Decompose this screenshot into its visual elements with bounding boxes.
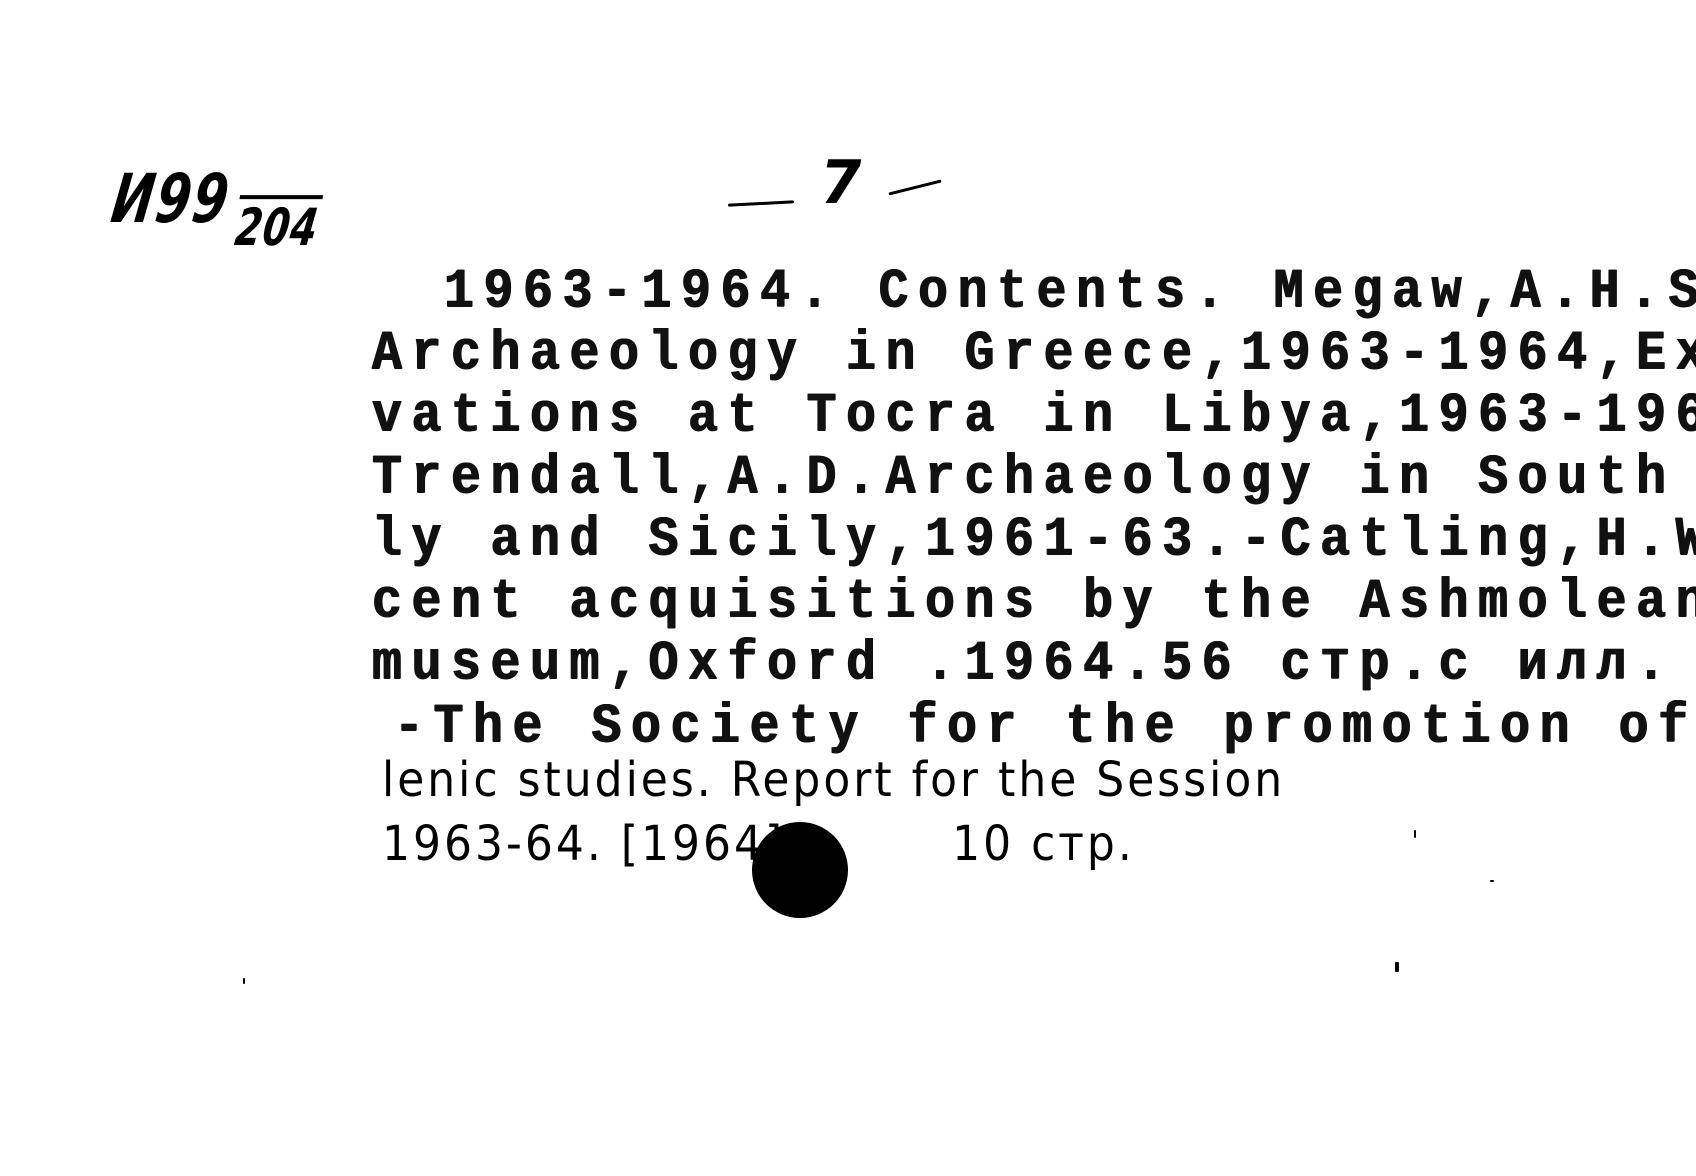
page-number: 7 [700,148,970,218]
scan-speck [243,978,245,984]
catalog-card: И99204 7 1963-1964. Contents. Megaw,A.H.… [0,0,1696,1176]
shelfmark-prefix: И99 [107,160,235,238]
typed-line: -The Society for the promotion of [394,696,1696,760]
handwritten-line: 1963-64. [1964], [382,816,802,872]
scan-speck [1395,962,1399,972]
typed-line: museum,Oxford .1964.56 стр.с илл. [372,630,1552,699]
typed-line: ly and Sicily,1961-63.-Catling,H.W.Re- [372,506,1552,575]
handwritten-line: lenic studies. Report for the Session [382,752,1285,808]
typed-line: 1963-1964. Contents. Megaw,A.H.S. [372,258,1552,327]
typed-entry: 1963-1964. Contents. Megaw,A.H.S. Archae… [372,262,1552,758]
typed-line: cent acquisitions by the Ashmolean [372,568,1552,637]
page-number-value: 7 [815,153,867,213]
page-number-dash-right [888,179,941,195]
typed-line: Archaeology in Greece,1963-1964,Exca- [372,320,1552,389]
page-number-dash-left [728,200,794,206]
handwritten-line: 10 стр. [952,816,1135,872]
shelfmark-fraction: 204 [232,195,322,253]
punch-hole [752,822,848,918]
typed-line: Trendall,A.D.Archaeology in South Ita- [372,444,1552,513]
scan-speck [1490,880,1494,882]
scan-speck [1414,830,1416,838]
shelfmark: И99204 [105,160,328,253]
typed-line: vations at Tocra in Libya,1963-1964.- [372,382,1552,451]
